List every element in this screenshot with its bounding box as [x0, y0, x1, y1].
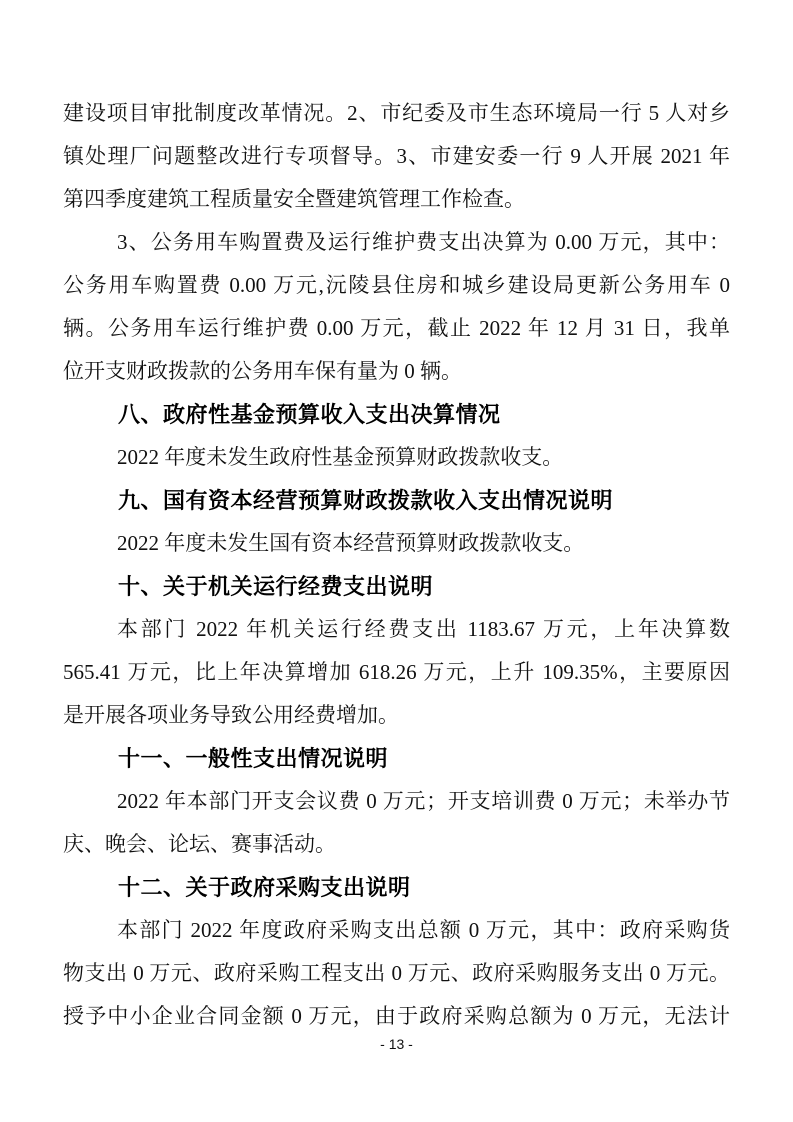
document-page: 建设项目审批制度改革情况。2、市纪委及市生态环境局一行 5 人对乡 镇处理厂问题…: [0, 0, 793, 1122]
paragraph-line: 公务用车购置费 0.00 万元,沅陵县住房和城乡建设局更新公务用车 0: [63, 264, 730, 307]
paragraph-line: 辆。公务用车运行维护费 0.00 万元，截止 2022 年 12 月 31 日，…: [63, 307, 730, 350]
paragraph-line: 本部门 2022 年机关运行经费支出 1183.67 万元，上年决算数: [63, 608, 730, 651]
paragraph-line: 2022 年本部门开支会议费 0 万元；开支培训费 0 万元；未举办节: [63, 780, 730, 823]
paragraph-line: 镇处理厂问题整改进行专项督导。3、市建安委一行 9 人开展 2021 年: [63, 135, 730, 178]
heading-section-8: 八、政府性基金预算收入支出决算情况: [63, 393, 730, 436]
paragraph-line: 3、公务用车购置费及运行维护费支出决算为 0.00 万元，其中：: [63, 221, 730, 264]
paragraph-line: 565.41 万元，比上年决算增加 618.26 万元，上升 109.35%，主…: [63, 651, 730, 694]
paragraph-line: 建设项目审批制度改革情况。2、市纪委及市生态环境局一行 5 人对乡: [63, 92, 730, 135]
page-body-text: 建设项目审批制度改革情况。2、市纪委及市生态环境局一行 5 人对乡 镇处理厂问题…: [63, 92, 730, 1038]
paragraph-line: 第四季度建筑工程质量安全暨建筑管理工作检查。: [63, 178, 730, 221]
paragraph-line: 是开展各项业务导致公用经费增加。: [63, 694, 730, 737]
paragraph-line: 物支出 0 万元、政府采购工程支出 0 万元、政府采购服务支出 0 万元。: [63, 952, 730, 995]
heading-section-10: 十、关于机关运行经费支出说明: [63, 565, 730, 608]
paragraph-line: 本部门 2022 年度政府采购支出总额 0 万元，其中：政府采购货: [63, 909, 730, 952]
paragraph-line: 授予中小企业合同金额 0 万元，由于政府采购总额为 0 万元，无法计: [63, 995, 730, 1038]
heading-section-9: 九、国有资本经营预算财政拨款收入支出情况说明: [63, 479, 730, 522]
paragraph-line: 位开支财政拨款的公务用车保有量为 0 辆。: [63, 350, 730, 393]
page-number: - 13 -: [0, 1035, 793, 1053]
paragraph-line: 2022 年度未发生政府性基金预算财政拨款收支。: [63, 436, 730, 479]
heading-section-12: 十二、关于政府采购支出说明: [63, 866, 730, 909]
heading-section-11: 十一、一般性支出情况说明: [63, 737, 730, 780]
paragraph-line: 庆、晚会、论坛、赛事活动。: [63, 823, 730, 866]
paragraph-line: 2022 年度未发生国有资本经营预算财政拨款收支。: [63, 522, 730, 565]
